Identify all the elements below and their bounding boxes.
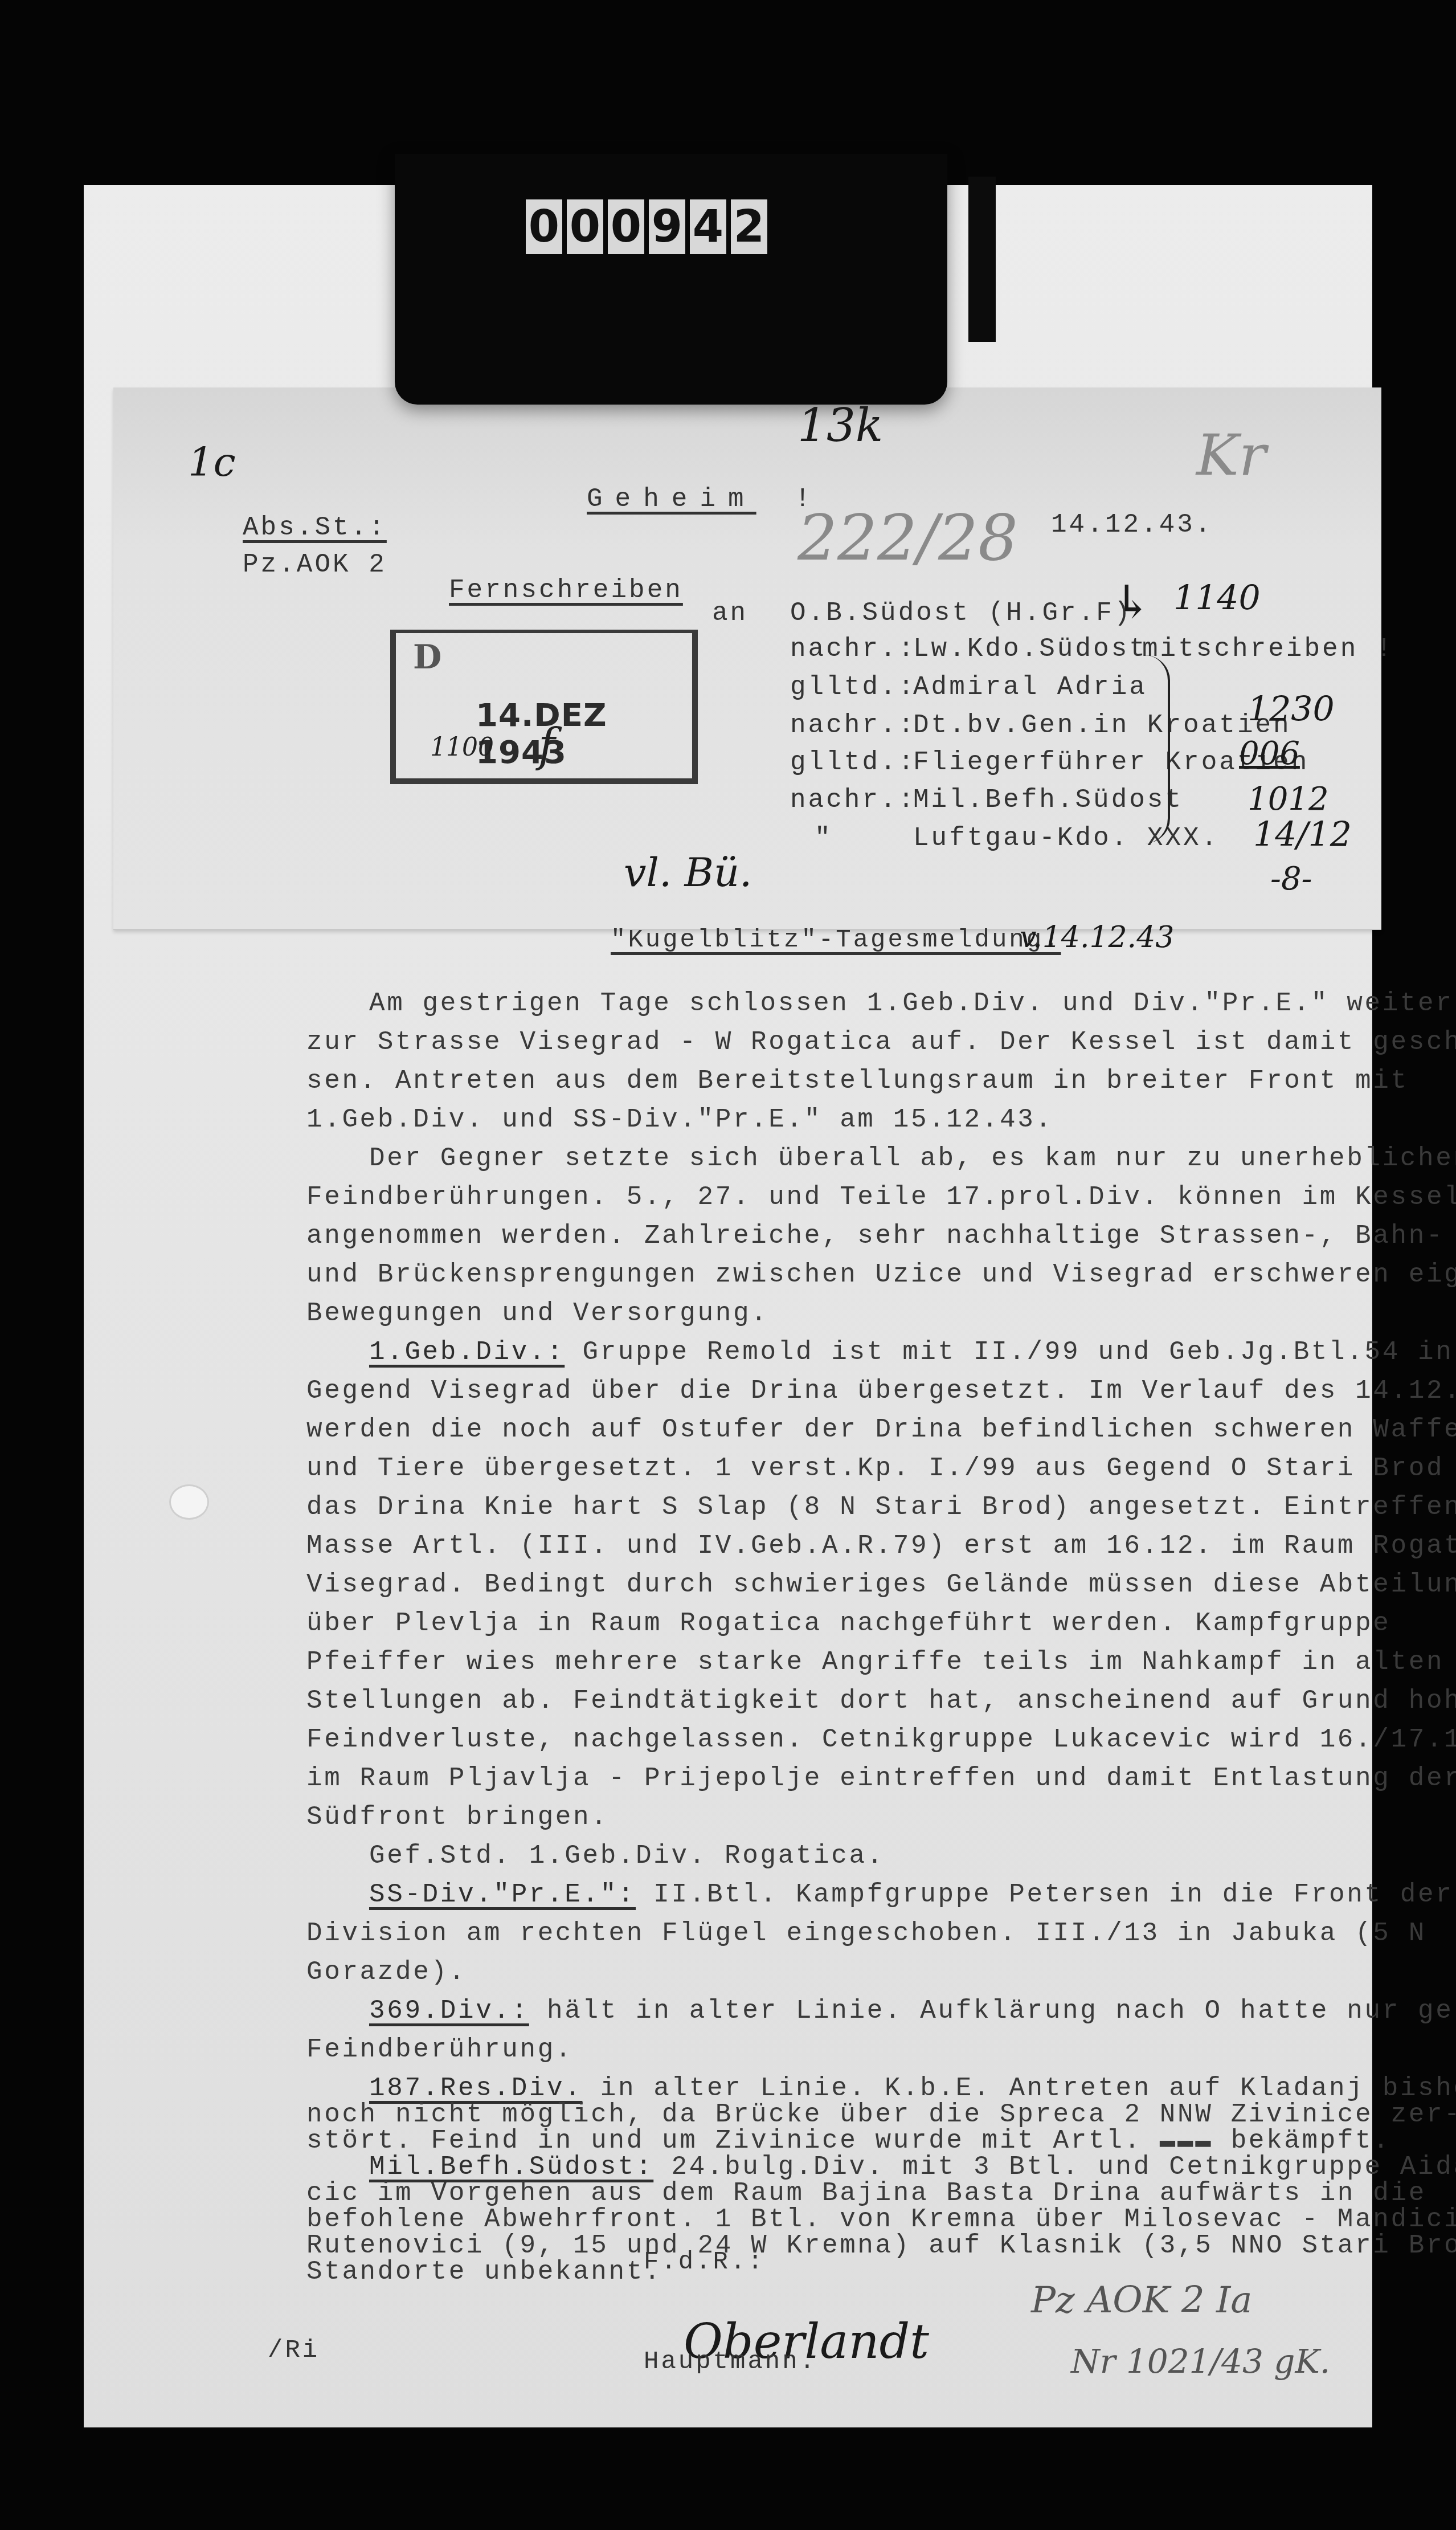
body-line: das Drina Knie hart S Slap (8 N Stari Br… bbox=[306, 1492, 1377, 1531]
body-line: werden die noch auf Ostufer der Drina be… bbox=[306, 1415, 1377, 1454]
body-text: im Raum Pljavlja - Prijepolje eintreffen… bbox=[306, 1764, 1456, 1793]
body-text: noch nicht möglich, da Brücke über die S… bbox=[306, 2100, 1456, 2129]
body-line: Gef.Std. 1.Geb.Div. Rogatica. bbox=[306, 1841, 1377, 1880]
body-text: Feindberührung. bbox=[306, 2035, 573, 2064]
body-text: das Drina Knie hart S Slap (8 N Stari Br… bbox=[306, 1492, 1456, 1522]
sender: Pz.AOK 2 bbox=[243, 550, 387, 580]
pencil-mark-top-left: 1c bbox=[188, 439, 236, 485]
classification-label: Geheim bbox=[587, 484, 756, 514]
body-line: und Tiere übergesetzt. 1 verst.Kp. I./99… bbox=[306, 1454, 1377, 1492]
report-title: "Kugelblitz"-Tagesmeldung. bbox=[611, 926, 1061, 954]
stamp-date: 14.DEZ 1943 bbox=[476, 697, 692, 771]
body-text: Am gestrigen Tage schlossen 1.Geb.Div. u… bbox=[369, 989, 1453, 1018]
body-line: stört. Feind in und um Zivinice wurde mi… bbox=[306, 2126, 1377, 2152]
body-text: Standorte unbekannt. bbox=[306, 2257, 662, 2287]
body-text: über Plevlja in Raum Rogatica nachgeführ… bbox=[306, 1609, 1390, 1638]
section-label: 1.Geb.Div.: bbox=[369, 1337, 565, 1367]
body-text: angenommen werden. Zahlreiche, sehr nach… bbox=[306, 1221, 1444, 1251]
body-text: Feindverluste, nachgelassen. Cetnikgrupp… bbox=[306, 1725, 1456, 1754]
section-label: 369.Div.: bbox=[369, 1996, 529, 2026]
stamp-letter: D bbox=[413, 638, 441, 676]
body-text: Gegend Visegrad über die Drina übergeset… bbox=[306, 1376, 1456, 1406]
recipient-label: glltd.: bbox=[790, 748, 916, 777]
body-line: Am gestrigen Tage schlossen 1.Geb.Div. u… bbox=[306, 989, 1377, 1027]
margin-time-1230: 1230 bbox=[1248, 689, 1335, 729]
body-line: sen. Antreten aus dem Bereitstellungsrau… bbox=[306, 1066, 1377, 1105]
body-line: Stellungen ab. Feindtätigkeit dort hat, … bbox=[306, 1686, 1377, 1725]
counter-digit: 0 bbox=[526, 199, 562, 254]
body-line: Division am rechten Flügel eingeschoben.… bbox=[306, 1919, 1377, 1957]
body-line: cic im Vorgehen aus dem Raum Bajina Bast… bbox=[306, 2178, 1377, 2205]
margin-date: 14/12 bbox=[1253, 815, 1352, 855]
body-line: Pfeiffer wies mehrere starke Angriffe te… bbox=[306, 1647, 1377, 1686]
handwritten-brace bbox=[1145, 655, 1170, 843]
body-text: werden die noch auf Ostufer der Drina be… bbox=[306, 1415, 1456, 1444]
typist-initials: /Ri bbox=[268, 2336, 320, 2365]
body-text: und Brückensprengungen zwischen Uzice un… bbox=[306, 1260, 1456, 1290]
signatory-rank: Hauptmann. bbox=[644, 2348, 817, 2376]
stamp-initial: f bbox=[538, 719, 555, 772]
body-line: Mil.Befh.Südost: 24.bulg.Div. mit 3 Btl.… bbox=[306, 2152, 1377, 2178]
recipient-an-label: an bbox=[712, 598, 748, 628]
handwritten-initials: vl. Bü. bbox=[624, 849, 752, 896]
counter-digit: 9 bbox=[649, 199, 685, 254]
body-line: 369.Div.: hält in alter Linie. Aufklärun… bbox=[306, 1996, 1377, 2035]
body-text: sen. Antreten aus dem Bereitstellungsrau… bbox=[306, 1066, 1409, 1096]
recipient-label: nachr.: bbox=[790, 634, 916, 664]
handwritten-13k: 13k bbox=[797, 399, 883, 452]
body-text: 1.Geb.Div. und SS-Div."Pr.E." am 15.12.4… bbox=[306, 1105, 1053, 1135]
body-line: über Plevlja in Raum Rogatica nachgeführ… bbox=[306, 1609, 1377, 1647]
margin-note: 006 bbox=[1239, 735, 1300, 772]
body-line: 187.Res.Div. in alter Linie. K.b.E. Antr… bbox=[306, 2074, 1377, 2100]
body-text: 24.bulg.Div. mit 3 Btl. und Cetnikgruppe… bbox=[653, 2152, 1456, 2182]
report-body: Am gestrigen Tage schlossen 1.Geb.Div. u… bbox=[306, 989, 1377, 2283]
punch-hole bbox=[169, 1484, 209, 1520]
body-line: Südfront bringen. bbox=[306, 1802, 1377, 1841]
body-text: Masse Artl. (III. und IV.Geb.A.R.79) ers… bbox=[306, 1531, 1456, 1561]
body-text: zur Strasse Visegrad - W Rogatica auf. D… bbox=[306, 1027, 1456, 1057]
body-text: Gorazde). bbox=[306, 1957, 467, 1987]
body-line: Feindberührung. bbox=[306, 2035, 1377, 2074]
body-text: Stellungen ab. Feindtätigkeit dort hat, … bbox=[306, 1686, 1456, 1716]
body-line: Gorazde). bbox=[306, 1957, 1377, 1996]
body-line: Der Gegner setzte sich überall ab, es ka… bbox=[306, 1144, 1377, 1182]
recipient-label: nachr.: bbox=[790, 785, 916, 815]
body-line: Visegrad. Bedingt durch schwieriges Gelä… bbox=[306, 1570, 1377, 1609]
counter-digit: 0 bbox=[608, 199, 644, 254]
body-text: Bewegungen und Versorgung. bbox=[306, 1299, 768, 1328]
body-text: Gef.Std. 1.Geb.Div. Rogatica. bbox=[369, 1841, 885, 1871]
body-text: II.Btl. Kampfgruppe Petersen in die Fron… bbox=[636, 1880, 1453, 1909]
recipient-value: Luftgau-Kdo. XXX. bbox=[913, 823, 1219, 853]
body-text: und Tiere übergesetzt. 1 verst.Kp. I./99… bbox=[306, 1454, 1456, 1483]
recipient-label: glltd.: bbox=[790, 672, 916, 702]
mitschreiben-note: mitschreiben ! bbox=[1142, 634, 1394, 664]
recipient-label: " bbox=[815, 823, 833, 853]
body-line: SS-Div."Pr.E.": II.Btl. Kampfgruppe Pete… bbox=[306, 1880, 1377, 1919]
body-line: und Brückensprengungen zwischen Uzice un… bbox=[306, 1260, 1377, 1299]
recipient-value: Dt.bv.Gen.in Kroatien bbox=[913, 711, 1291, 740]
body-line: noch nicht möglich, da Brücke über die S… bbox=[306, 2100, 1377, 2126]
frame-counter-digits: 0 0 0 9 4 2 bbox=[526, 199, 767, 254]
margin-note: -8- bbox=[1270, 860, 1312, 897]
body-text: Der Gegner setzte sich überall ab, es ka… bbox=[369, 1144, 1456, 1173]
body-line: zur Strasse Visegrad - W Rogatica auf. D… bbox=[306, 1027, 1377, 1066]
fdr-label: F.d.R.: bbox=[644, 2248, 765, 2276]
body-text: stört. Feind in und um Zivinice wurde mi… bbox=[306, 2126, 1390, 2156]
counter-digit: 0 bbox=[567, 199, 603, 254]
body-text: in alter Linie. K.b.E. Antreten auf Klad… bbox=[582, 2074, 1456, 2103]
body-text: Südfront bringen. bbox=[306, 1802, 608, 1832]
recipient-value: O.B.Südost (H.Gr.F) bbox=[790, 598, 1132, 628]
section-label: Mil.Befh.Südost: bbox=[369, 2152, 653, 2182]
body-line: Masse Artl. (III. und IV.Geb.A.R.79) ers… bbox=[306, 1531, 1377, 1570]
body-line: 1.Geb.Div.: Gruppe Remold ist mit II./99… bbox=[306, 1337, 1377, 1376]
section-label: 187.Res.Div. bbox=[369, 2074, 582, 2103]
body-line: im Raum Pljavlja - Prijepolje eintreffen… bbox=[306, 1764, 1377, 1802]
body-text: Gruppe Remold ist mit II./99 und Geb.Jg.… bbox=[565, 1337, 1453, 1367]
document-date: 14.12.43. bbox=[1051, 510, 1213, 540]
stamp-handwritten-time: 1100 bbox=[430, 733, 494, 762]
receipt-stamp: D 14.DEZ 1943 1100 f bbox=[390, 630, 698, 784]
body-line: 1.Geb.Div. und SS-Div."Pr.E." am 15.12.4… bbox=[306, 1105, 1377, 1144]
pencil-note: Nr 1021/43 gK. bbox=[1071, 2342, 1330, 2381]
recipient-value: Admiral Adria bbox=[913, 672, 1147, 702]
counter-digit: 4 bbox=[690, 199, 726, 254]
body-line: Feindberührungen. 5., 27. und Teile 17.p… bbox=[306, 1182, 1377, 1221]
section-label: SS-Div."Pr.E.": bbox=[369, 1880, 636, 1909]
document-type: Fernschreiben bbox=[449, 576, 683, 605]
counter-digit: 2 bbox=[731, 199, 767, 254]
body-line: befohlene Abwehrfront. 1 Btl. von Kremna… bbox=[306, 2205, 1377, 2231]
body-text: Rutenovici (9, 15 und 24 W Kremna) auf K… bbox=[306, 2231, 1456, 2260]
handwritten-kr: Kr bbox=[1196, 422, 1266, 488]
body-text: cic im Vorgehen aus dem Raum Bajina Bast… bbox=[306, 2178, 1426, 2208]
sender-label: Abs.St.: bbox=[243, 513, 387, 542]
pencil-note: Pz AOK 2 Ia bbox=[1031, 2279, 1252, 2321]
body-text: Visegrad. Bedingt durch schwieriges Gelä… bbox=[306, 1570, 1456, 1599]
body-text: Feindberührungen. 5., 27. und Teile 17.p… bbox=[306, 1182, 1456, 1212]
check-mark: ↳ bbox=[1114, 576, 1152, 629]
body-line: Feindverluste, nachgelassen. Cetnikgrupp… bbox=[306, 1725, 1377, 1764]
body-line: Rutenovici (9, 15 und 24 W Kremna) auf K… bbox=[306, 2231, 1377, 2257]
recipient-value: Lw.Kdo.Südost bbox=[913, 634, 1147, 664]
frame-counter-device: 0 0 0 9 4 2 bbox=[395, 154, 947, 405]
counter-knob bbox=[968, 177, 996, 342]
body-text: Division am rechten Flügel eingeschoben.… bbox=[306, 1919, 1426, 1948]
body-line: Gegend Visegrad über die Drina übergeset… bbox=[306, 1376, 1377, 1415]
title-handwritten-date: v.14.12.43 bbox=[1020, 920, 1174, 954]
recipient-label: nachr.: bbox=[790, 711, 916, 740]
body-text: befohlene Abwehrfront. 1 Btl. von Kremna… bbox=[306, 2205, 1456, 2234]
file-number-pencil: 222/28 bbox=[797, 501, 1018, 574]
margin-note: 1012 bbox=[1248, 781, 1329, 818]
body-text: hält in alter Linie. Aufklärung nach O h… bbox=[529, 1996, 1456, 2026]
body-line: Bewegungen und Versorgung. bbox=[306, 1299, 1377, 1337]
body-text: Pfeiffer wies mehrere starke Angriffe te… bbox=[306, 1647, 1444, 1677]
body-line: angenommen werden. Zahlreiche, sehr nach… bbox=[306, 1221, 1377, 1260]
margin-time-1140: 1140 bbox=[1173, 578, 1261, 618]
recipient-value: Mil.Befh.Südost bbox=[913, 785, 1183, 815]
